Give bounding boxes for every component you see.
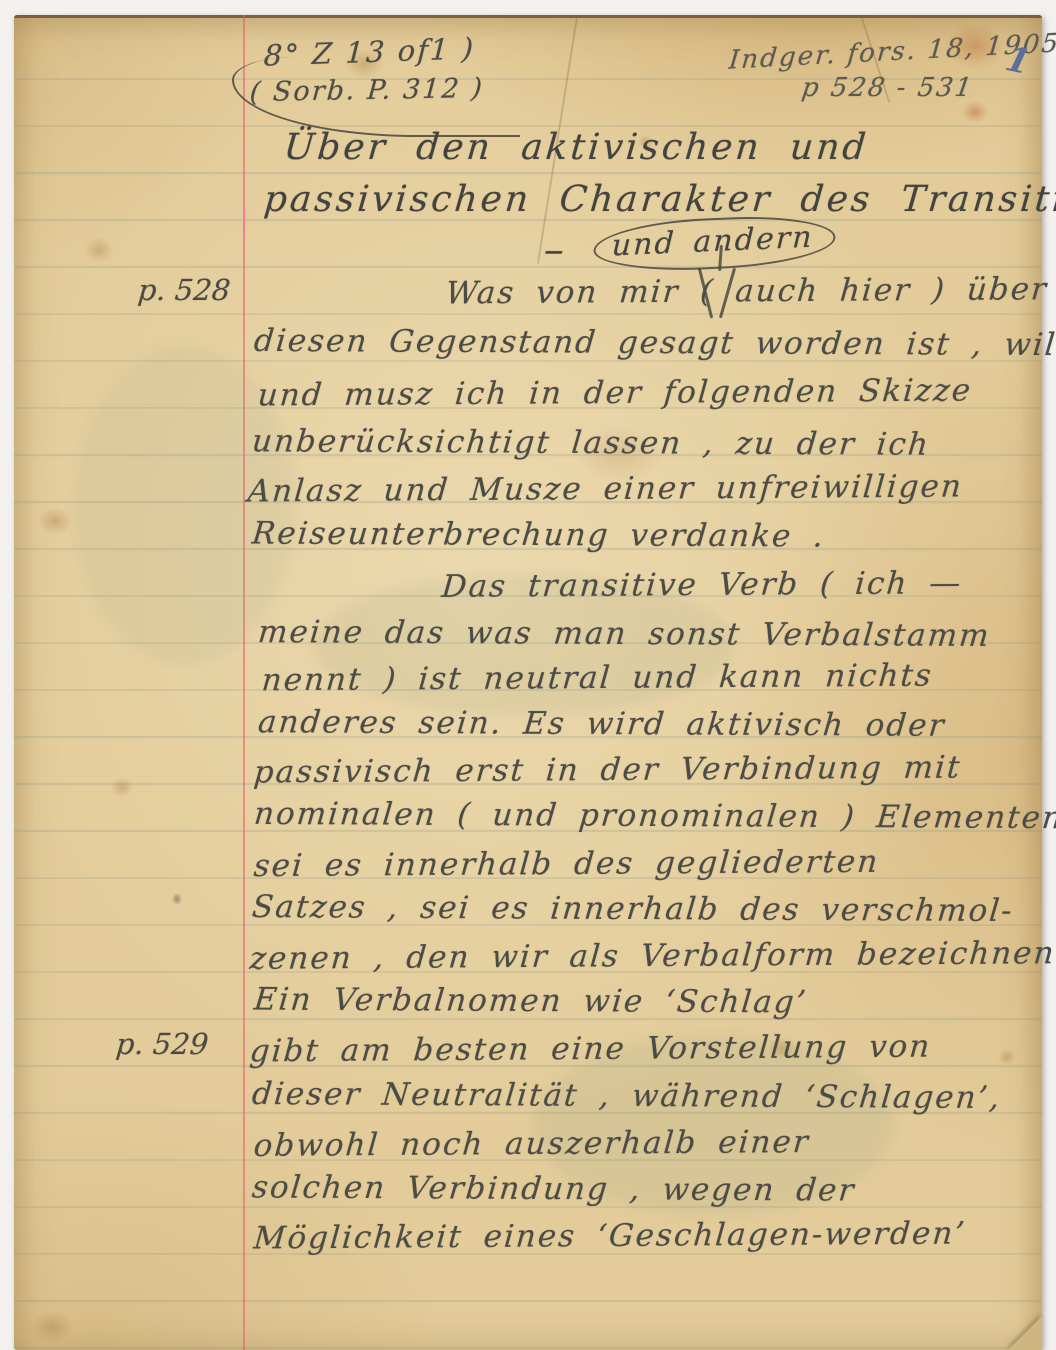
line-text: Was von mir ( auch hier ) über <box>444 271 1049 311</box>
manuscript-line: zenen , den wir als Verbalform bezeichne… <box>248 935 1056 977</box>
insertion-dash: – <box>542 227 569 273</box>
manuscript-line: Reiseunterbrechung verdanke . <box>250 515 826 554</box>
manuscript-line: Das transitive Verb ( ich — <box>440 565 963 605</box>
manuscript-line: sei es innerhalb des gegliederten <box>252 844 880 884</box>
manuscript-line: unberücksichtigt lassen , zu der ich <box>250 423 931 463</box>
manuscript-line: obwohl noch auszerhalb einer <box>252 1124 811 1164</box>
corner-fold <box>1008 1316 1042 1350</box>
manuscript-line: und musz ich in der folgenden Skizze <box>256 373 973 414</box>
scan-canvas: 8° Z 13 of1 ) ( Sorb. P. 312 ) Indger. f… <box>0 0 1056 1350</box>
manuscript-line: nominalen ( und pronominalen ) Elementen… <box>253 796 1056 836</box>
manuscript-line: diesen Gegenstand gesagt worden ist , wi… <box>253 323 1056 363</box>
manuscript-paper: 8° Z 13 of1 ) ( Sorb. P. 312 ) Indger. f… <box>14 15 1042 1350</box>
manuscript-line: Was von mir ( auch hier ) über ——— <box>444 271 1056 312</box>
manuscript-line: gibt am besten eine Vorstellung von <box>248 1029 932 1070</box>
margin-note-p529: p. 529 <box>115 1027 210 1061</box>
manuscript-line: Ein Verbalnomen wie ‘Schlag’ <box>252 982 809 1021</box>
red-margin-line <box>243 15 245 1350</box>
manuscript-line: solchen Verbindung , wegen der <box>250 1169 857 1208</box>
manuscript-line: Möglichkeit eines ‘Geschlagen-werden’ <box>252 1216 967 1257</box>
reference-mark-top-right-2: p 528 - 531 <box>800 73 976 103</box>
manuscript-line: nennt ) ist neutral und kann nichts <box>260 658 934 699</box>
title-line-2: passivischen Charakter des Transitivs. <box>262 179 1056 220</box>
manuscript-line: Satzes , sei es innerhalb des verschmol- <box>251 889 1016 929</box>
margin-note-p528: p. 528 <box>137 273 232 307</box>
manuscript-line: passivisch erst in der Verbindung mit <box>252 750 963 791</box>
manuscript-line: Anlasz und Musze einer unfreiwilligen <box>246 469 964 510</box>
manuscript-line: meine das was man sonst Verbalstamm <box>257 614 993 654</box>
title-line-1: Über den aktivischen und <box>282 127 870 168</box>
manuscript-line: anderes sein. Es wird aktivisch oder <box>256 704 947 744</box>
manuscript-line: dieser Neutralität , während ‘Schlagen’, <box>251 1076 1004 1116</box>
